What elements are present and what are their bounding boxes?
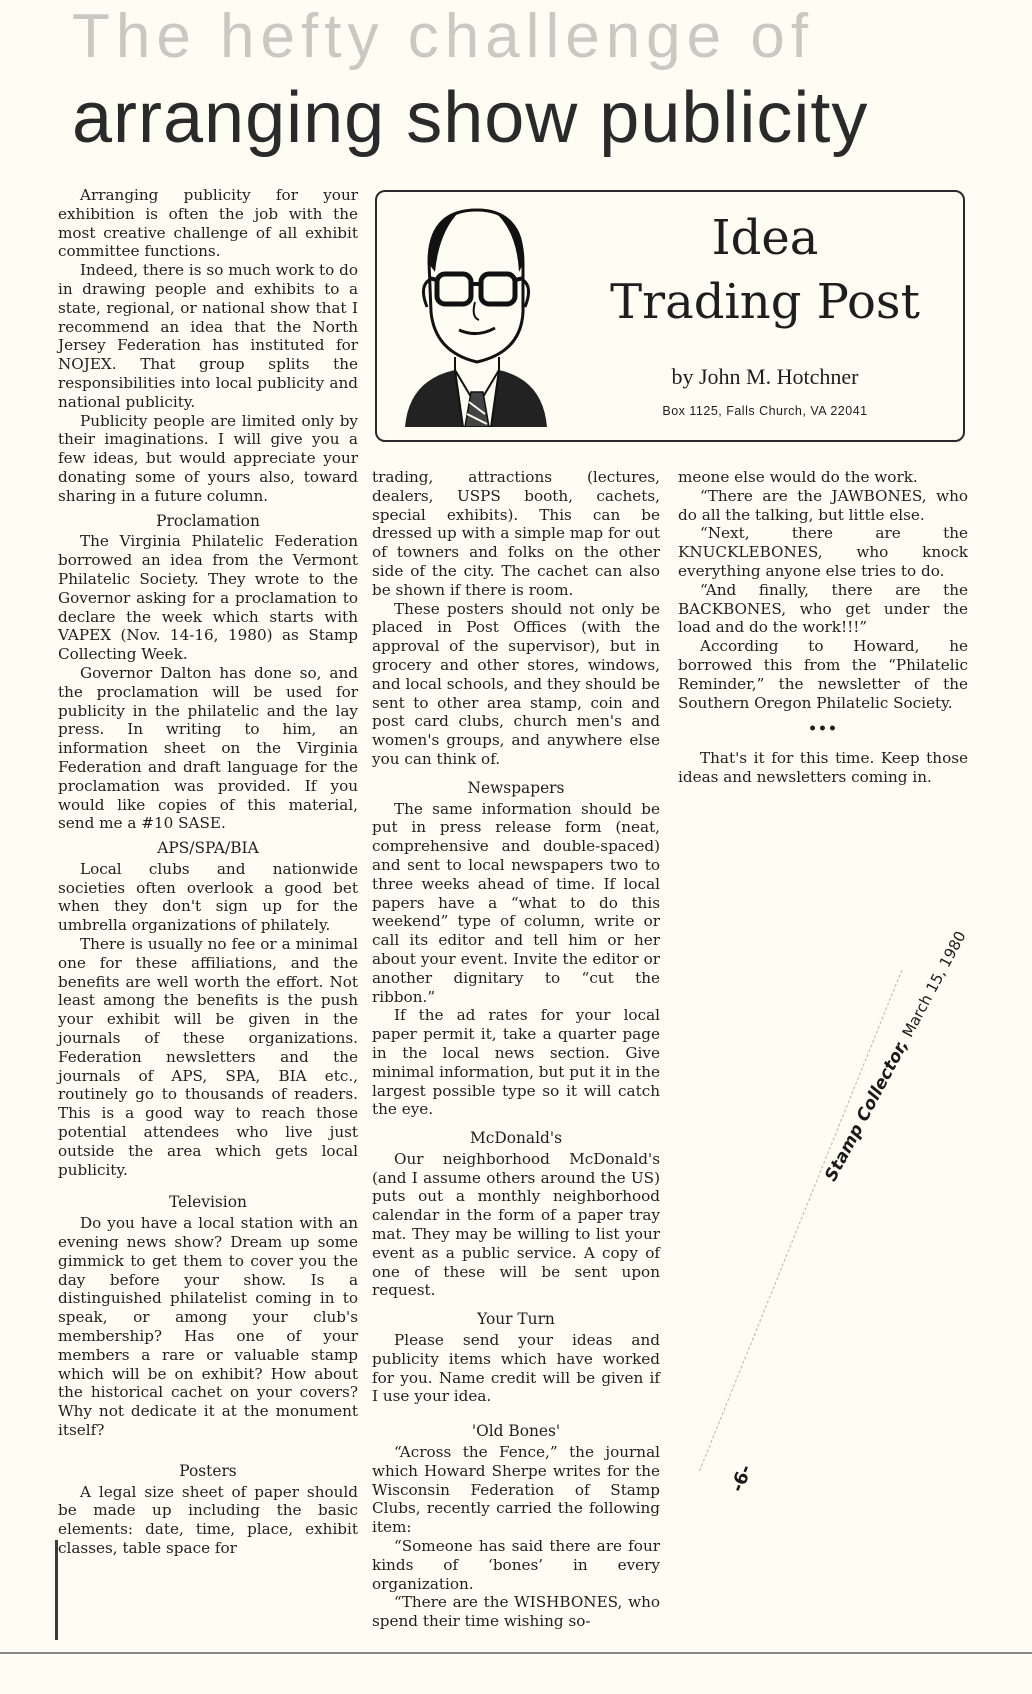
body-paragraph: If the ad rates for your local paper per… [372,1006,660,1119]
bottom-rule [0,1652,1032,1654]
column-title-line-1: Idea [577,206,953,270]
author-address: Box 1125, Falls Church, VA 22041 [577,404,953,418]
body-paragraph: trading, attractions (lectures, dealers,… [372,468,660,600]
body-paragraph: A legal size sheet of paper should be ma… [58,1483,358,1558]
section-heading-newspapers: Newspapers [372,779,660,798]
body-paragraph: Our neighborhood McDonald's (and I assum… [372,1150,660,1300]
body-paragraph: These posters should not only be placed … [372,600,660,769]
column-title: Idea Trading Post [577,206,953,334]
annotation-guide-line [699,970,903,1471]
section-heading-old-bones: 'Old Bones' [372,1422,660,1441]
page-number: -6- [727,1462,757,1495]
author-portrait-icon [399,202,549,427]
body-paragraph: There is usually no fee or a minimal one… [58,935,358,1179]
body-paragraph: meone else would do the work. [678,468,968,487]
body-paragraph: Please send your ideas and publicity ite… [372,1331,660,1406]
body-paragraph: “Across the Fence,” the journal which Ho… [372,1443,660,1537]
body-paragraph: “Next, there are the KNUCKLEBONES, who k… [678,524,968,580]
body-paragraph: Do you have a local station with an even… [58,1214,358,1440]
headline: arranging show publicity [72,82,868,154]
source-date: March 15, 1980 [899,928,970,1040]
author-byline: by John M. Hotchner [577,364,953,390]
body-paragraph: Governor Dalton has done so, and the pro… [58,664,358,833]
section-separator: ••• [678,720,968,739]
intro-paragraph: Arranging publicity for your exhibition … [58,186,358,261]
source-annotation: Stamp Collector, March 15, 1980 [821,928,970,1185]
body-paragraph: The Virginia Philatelic Federation borro… [58,532,358,664]
body-paragraph: “There are the WISHBONES, who spend thei… [372,1593,660,1631]
body-paragraph: “Someone has said there are four kinds o… [372,1537,660,1593]
headline-kicker: The hefty challenge of [72,6,814,68]
body-paragraph: According to Howard, he borrowed this fr… [678,637,968,712]
section-heading-posters: Posters [58,1462,358,1481]
article-column-1: Arranging publicity for your exhibition … [58,186,358,1558]
margin-mark [55,1540,58,1640]
article-column-2: trading, attractions (lectures, dealers,… [372,468,660,1631]
body-paragraph: “And finally, there are the BACKBONES, w… [678,581,968,637]
section-heading-your-turn: Your Turn [372,1310,660,1329]
body-paragraph: The same information should be put in pr… [372,800,660,1007]
section-heading-television: Television [58,1193,358,1212]
column-title-line-2: Trading Post [577,270,953,334]
article-column-3: meone else would do the work. “There are… [678,468,968,787]
section-heading-proclamation: Proclamation [58,512,358,531]
body-paragraph: Local clubs and nationwide societies oft… [58,860,358,935]
intro-paragraph: Indeed, there is so much work to do in d… [58,261,358,411]
closing-paragraph: That's it for this time. Keep those idea… [678,749,968,787]
column-header-box: Idea Trading Post by John M. Hotchner Bo… [375,190,965,442]
body-paragraph: “There are the JAWBONES, who do all the … [678,487,968,525]
intro-paragraph: Publicity people are limited only by the… [58,412,358,506]
section-heading-aps: APS/SPA/BIA [58,839,358,858]
section-heading-mcdonalds: McDonald's [372,1129,660,1148]
